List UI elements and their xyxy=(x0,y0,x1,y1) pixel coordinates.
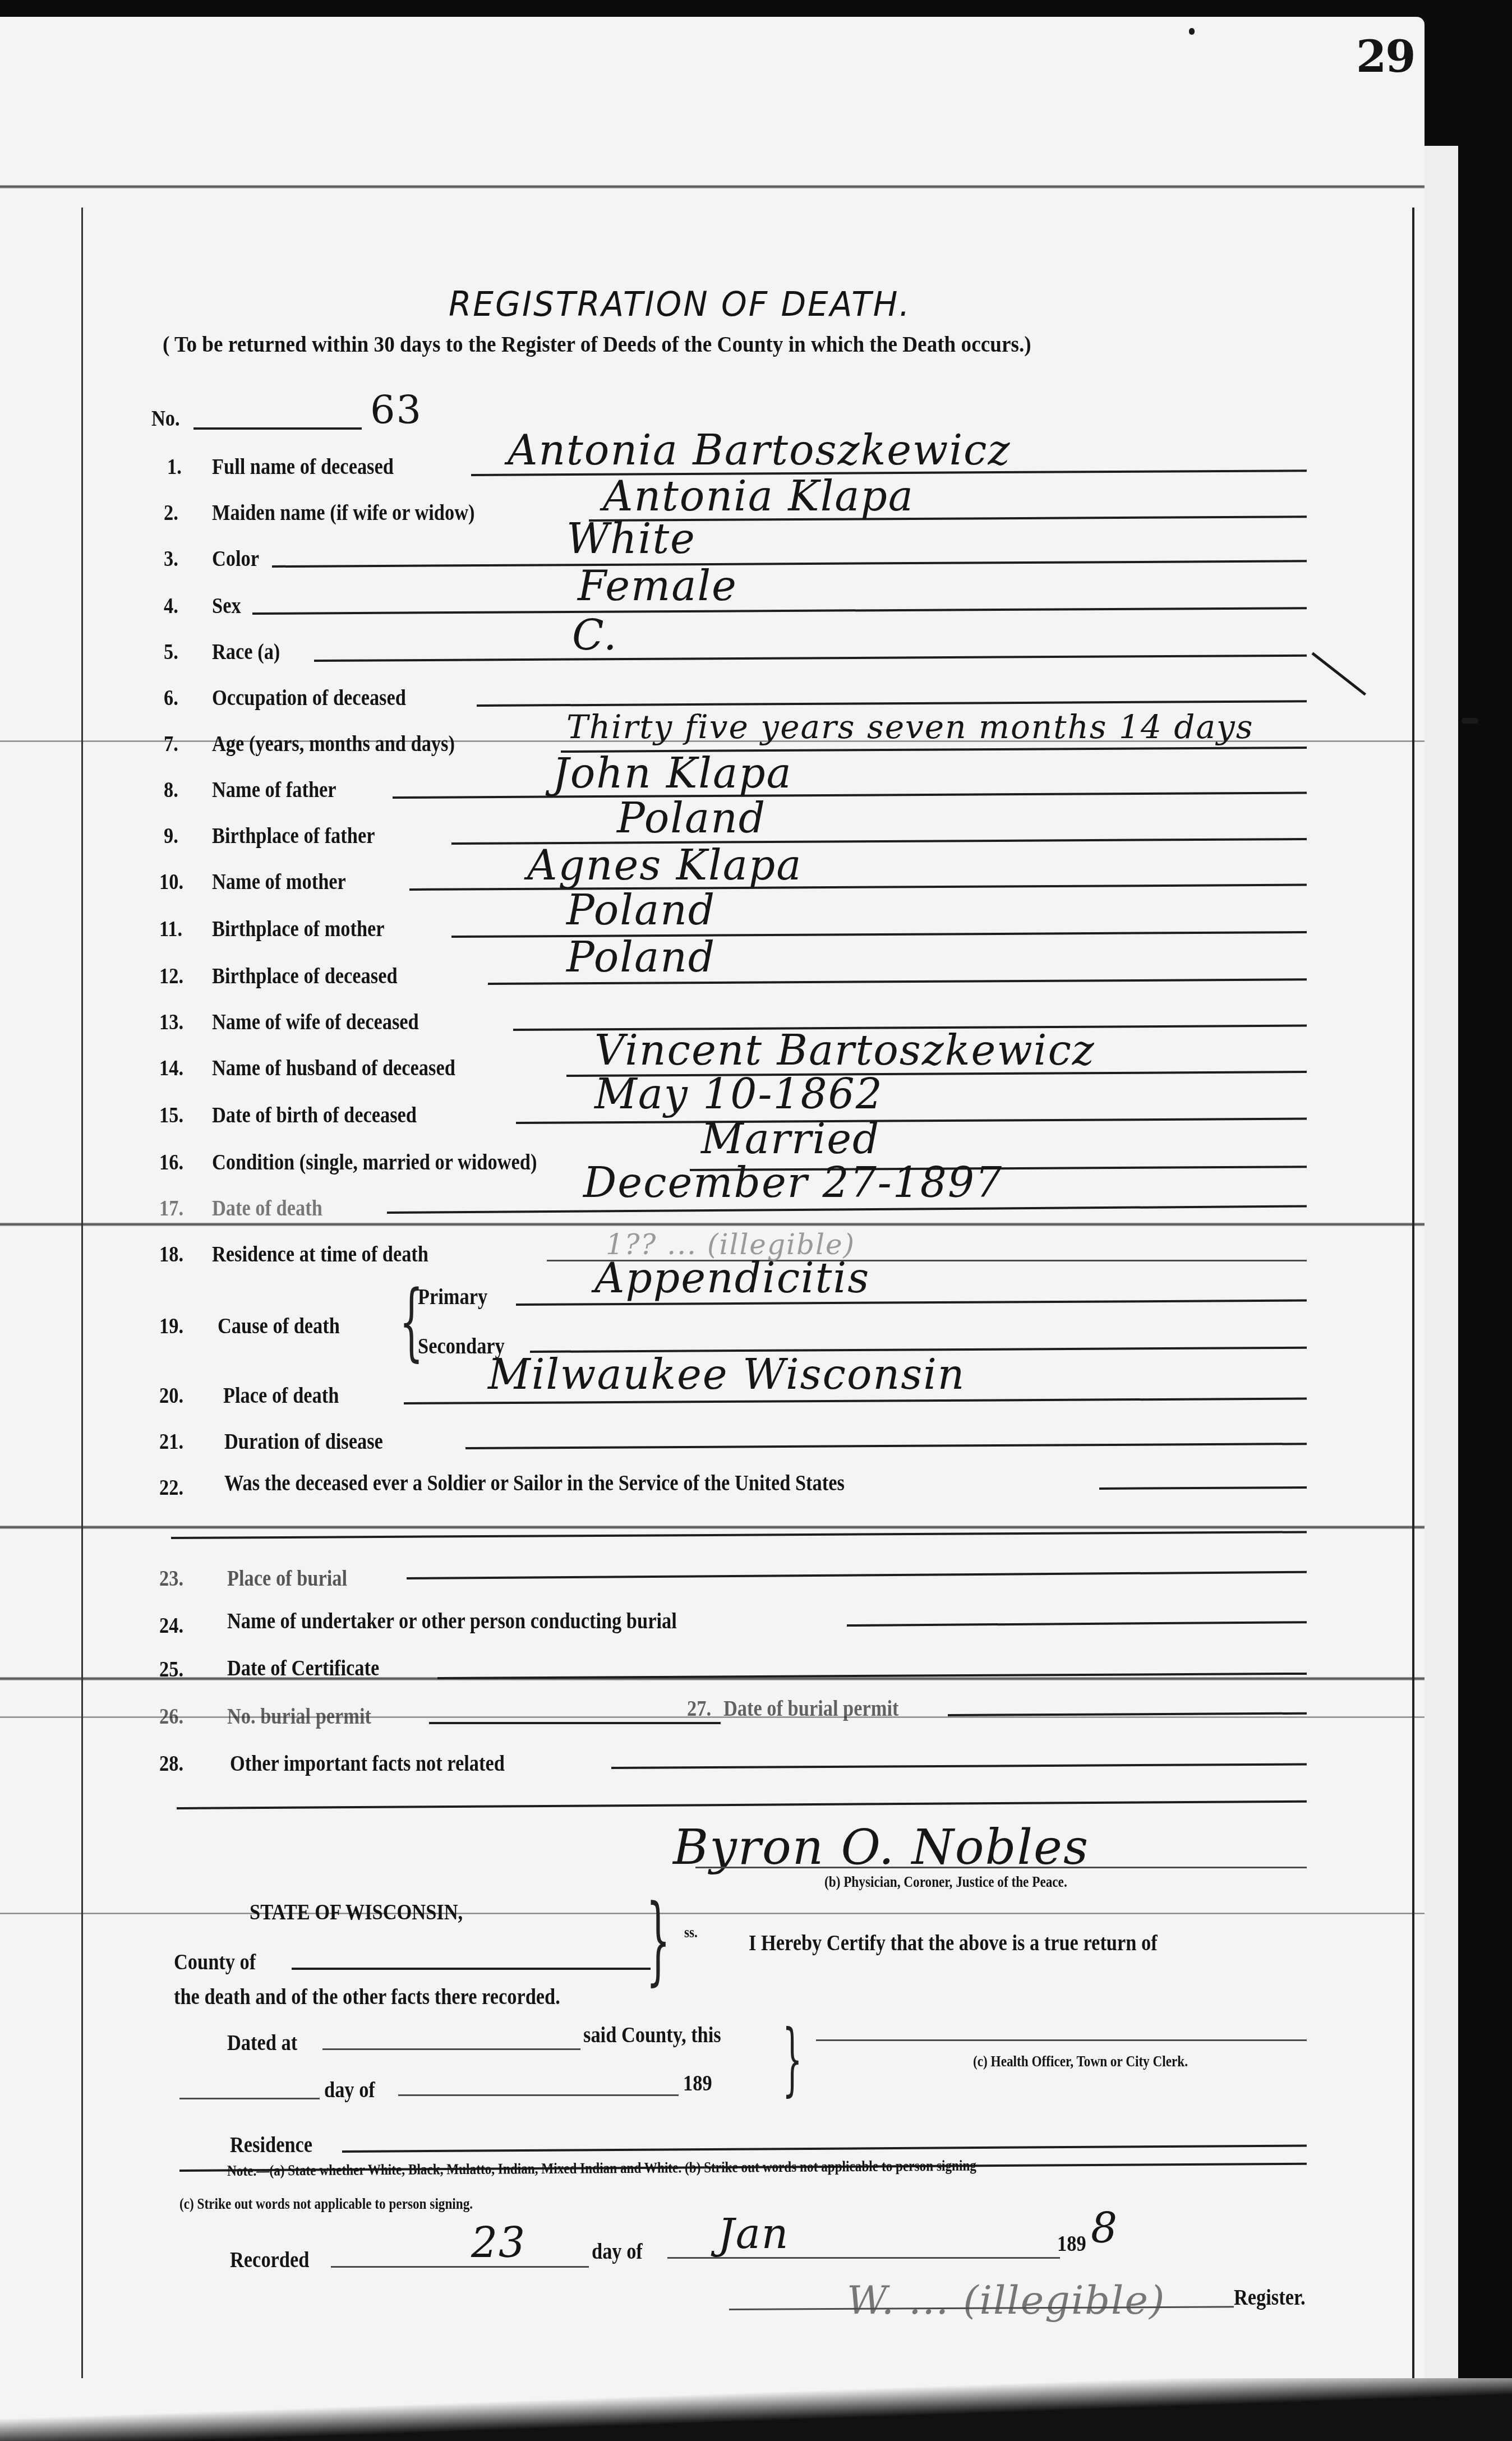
primary-label: Primary xyxy=(418,1283,487,1310)
brace: } xyxy=(782,2014,803,2105)
state-label: STATE OF WISCONSIN, xyxy=(250,1899,463,1925)
year-prefix: 189 xyxy=(683,2070,712,2096)
scan-shadow xyxy=(0,2378,1512,2441)
field-label: Birthplace of deceased xyxy=(212,962,398,989)
form-instructions: ( To be returned within 30 days to the R… xyxy=(163,331,1031,357)
dated-at-label: Dated at xyxy=(227,2029,297,2056)
deceased-birthplace: Poland xyxy=(566,933,716,982)
fold-line xyxy=(0,185,1425,188)
field-label-burial-permit-date: Date of burial permit xyxy=(723,1695,898,1721)
note-c: (c) Strike out words not applicable to p… xyxy=(179,2195,473,2213)
brace: } xyxy=(646,1885,670,1996)
field-label: Date of Certificate xyxy=(227,1655,379,1681)
day-of-label: day of xyxy=(324,2076,375,2103)
field-label: Was the deceased ever a Soldier or Sailo… xyxy=(224,1470,845,1496)
age-value: Thirty five years seven months 14 days xyxy=(566,708,1254,746)
recorded-year-prefix: 189 xyxy=(1057,2230,1086,2256)
father-name: John Klapa xyxy=(552,749,792,798)
county-label: County of xyxy=(174,1949,256,1975)
father-birthplace: Poland xyxy=(617,794,766,842)
recorded-month: Jan xyxy=(718,2210,789,2258)
field-label: Cause of death xyxy=(218,1312,340,1339)
field-label: Full name of deceased xyxy=(212,453,394,480)
number-label: No. xyxy=(151,405,180,431)
field-label: Condition (single, married or widowed) xyxy=(212,1149,537,1175)
primary-cause: Appendicitis xyxy=(594,1254,870,1302)
residence-label: Residence xyxy=(230,2131,312,2158)
death-date: December 27-1897 xyxy=(583,1159,1003,1207)
record-number: 63 xyxy=(370,387,422,433)
field-label: Name of husband of deceased xyxy=(212,1054,455,1081)
color-value: White xyxy=(566,515,696,563)
recorded-year-suffix: 8 xyxy=(1091,2204,1118,2253)
field-label: Occupation of deceased xyxy=(212,684,406,711)
field-label: Name of mother xyxy=(212,868,346,895)
field-label: Name of wife of deceased xyxy=(212,1008,419,1035)
physician-caption: (b) Physician, Coroner, Justice of the P… xyxy=(824,1873,1067,1891)
register-signature: W. ... (illegible) xyxy=(847,2277,1165,2323)
deceased-name: Antonia Bartoszkewicz xyxy=(508,426,1011,475)
field-label: Other important facts not related xyxy=(230,1750,505,1776)
number-line xyxy=(193,427,362,430)
field-label: Age (years, months and days) xyxy=(212,730,455,757)
birth-date: May 10-1862 xyxy=(594,1070,883,1118)
place-of-death: Milwaukee Wisconsin xyxy=(488,1351,966,1399)
pen-mark xyxy=(1462,718,1478,724)
sex-value: Female xyxy=(578,562,737,610)
field-label: Place of burial xyxy=(227,1565,347,1591)
certify-text-cont: the death and of the other facts there r… xyxy=(174,1983,560,2010)
recorded-day: 23 xyxy=(471,2219,526,2267)
field-label: Duration of disease xyxy=(224,1428,383,1454)
certify-text: I Hereby Certify that the above is a tru… xyxy=(749,1929,1158,1956)
field-label: Date of death xyxy=(212,1195,322,1221)
marital-condition: Married xyxy=(701,1115,880,1163)
field-label: Residence at time of death xyxy=(212,1241,428,1267)
field-label: Sex xyxy=(212,592,241,619)
field-label: Birthplace of father xyxy=(212,822,375,849)
recorded-day-of-label: day of xyxy=(592,2238,643,2264)
field-label: Maiden name (if wife or widow) xyxy=(212,499,474,526)
field-label: Birthplace of mother xyxy=(212,915,385,942)
race-value: C. xyxy=(572,611,618,660)
husband-name: Vincent Bartoszkewicz xyxy=(594,1026,1095,1075)
field-label-burial-permit-no: No. burial permit xyxy=(227,1703,371,1729)
form-title: REGISTRATION OF DEATH. xyxy=(449,284,911,324)
field-label: Date of birth of deceased xyxy=(212,1102,417,1128)
clerk-caption: (c) Health Officer, Town or City Clerk. xyxy=(973,2053,1188,2070)
recorded-label: Recorded xyxy=(230,2246,309,2273)
page-number: 29 xyxy=(1356,31,1415,82)
field-label: Name of undertaker or other person condu… xyxy=(227,1608,677,1634)
register-label: Register. xyxy=(1234,2284,1306,2310)
ss-mark: ss. xyxy=(684,1924,698,1941)
field-label: Color xyxy=(212,545,259,572)
maiden-name: Antonia Klapa xyxy=(603,472,914,521)
mother-name: Agnes Klapa xyxy=(527,841,802,890)
said-county-label: said County, this xyxy=(583,2021,721,2048)
mother-birthplace: Poland xyxy=(566,886,716,934)
field-label: Place of death xyxy=(223,1382,339,1408)
ink-dot xyxy=(1189,28,1195,35)
field-label: Race (a) xyxy=(212,638,280,665)
page-edge xyxy=(1425,146,1458,2378)
field-label: Name of father xyxy=(212,776,336,803)
